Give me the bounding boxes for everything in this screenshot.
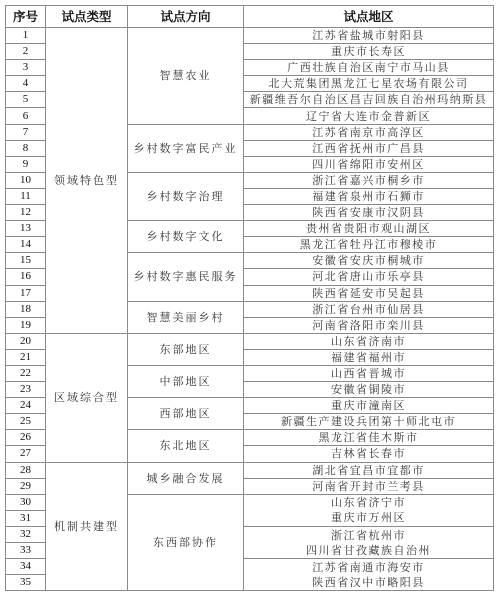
pilot-direction-cell: 西部地区 bbox=[128, 398, 244, 430]
pilot-direction-cell: 东北地区 bbox=[128, 430, 244, 462]
pilot-region-cell: 山东省济南市 bbox=[244, 333, 494, 349]
pilot-region-line: 陕西省汉中市略阳县 bbox=[244, 575, 493, 590]
pilot-region-cell: 新疆维吾尔自治区昌吉回族自治州玛纳斯县 bbox=[244, 92, 494, 108]
pilot-region-cell-merged: 江苏省南通市海安市 陕西省汉中市略阳县 bbox=[244, 559, 494, 591]
pilot-region-line: 山东省济宁市 bbox=[244, 495, 493, 510]
pilot-region-cell: 湖北省宜昌市宜都市 bbox=[244, 462, 494, 478]
pilot-region-line: 重庆市万州区 bbox=[244, 510, 493, 525]
row-number: 13 bbox=[6, 221, 46, 237]
pilot-region-cell: 安徽省安庆市桐城市 bbox=[244, 253, 494, 269]
pilot-region-cell: 江苏省南京市高淳区 bbox=[244, 124, 494, 140]
pilot-region-line: 浙江省杭州市 bbox=[244, 528, 493, 543]
row-number: 8 bbox=[6, 140, 46, 156]
pilot-region-cell: 福建省福州市 bbox=[244, 349, 494, 365]
pilot-region-cell: 安徽省铜陵市 bbox=[244, 382, 494, 398]
table-row: 28 机制共建型 城乡融合发展 湖北省宜昌市宜都市 bbox=[6, 462, 494, 478]
pilot-direction-cell: 乡村数字文化 bbox=[128, 221, 244, 253]
header-pilot-type: 试点类型 bbox=[46, 6, 128, 28]
pilot-direction-cell: 东西部协作 bbox=[128, 494, 244, 591]
row-number: 6 bbox=[6, 108, 46, 124]
header-pilot-direction: 试点方向 bbox=[128, 6, 244, 28]
row-number: 30 bbox=[6, 494, 46, 510]
pilot-region-line: 江苏省南通市海安市 bbox=[244, 560, 493, 575]
row-number: 16 bbox=[6, 269, 46, 285]
pilot-type-cell: 区域综合型 bbox=[46, 333, 128, 462]
pilot-region-cell: 四川省绵阳市安州区 bbox=[244, 156, 494, 172]
pilot-region-cell: 江西省抚州市广昌县 bbox=[244, 140, 494, 156]
table-row: 20 区域综合型 东部地区 山东省济南市 bbox=[6, 333, 494, 349]
pilot-region-cell: 河南省开封市兰考县 bbox=[244, 478, 494, 494]
pilot-region-cell: 江苏省盐城市射阳县 bbox=[244, 28, 494, 44]
pilot-region-cell: 新疆生产建设兵团第十师北屯市 bbox=[244, 414, 494, 430]
row-number: 4 bbox=[6, 76, 46, 92]
row-number: 11 bbox=[6, 188, 46, 204]
row-number: 5 bbox=[6, 92, 46, 108]
pilot-region-cell: 河南省洛阳市栾川县 bbox=[244, 317, 494, 333]
row-number: 3 bbox=[6, 60, 46, 76]
row-number: 33 bbox=[6, 543, 46, 559]
pilot-region-line: 四川省甘孜藏族自治州 bbox=[244, 543, 493, 558]
row-number: 9 bbox=[6, 156, 46, 172]
row-number: 15 bbox=[6, 253, 46, 269]
row-number: 18 bbox=[6, 301, 46, 317]
row-number: 23 bbox=[6, 382, 46, 398]
row-number: 2 bbox=[6, 44, 46, 60]
pilot-region-cell: 浙江省台州市仙居县 bbox=[244, 301, 494, 317]
pilot-region-cell: 山西省晋城市 bbox=[244, 365, 494, 381]
header-serial-number: 序号 bbox=[6, 6, 46, 28]
row-number: 19 bbox=[6, 317, 46, 333]
pilot-regions-table: 序号 试点类型 试点方向 试点地区 1 领域特色型 智慧农业 江苏省盐城市射阳县… bbox=[5, 5, 494, 591]
pilot-type-cell: 机制共建型 bbox=[46, 462, 128, 591]
row-number: 26 bbox=[6, 430, 46, 446]
pilot-region-cell: 浙江省嘉兴市桐乡市 bbox=[244, 172, 494, 188]
row-number: 31 bbox=[6, 510, 46, 526]
pilot-direction-cell: 东部地区 bbox=[128, 333, 244, 365]
row-number: 1 bbox=[6, 28, 46, 44]
pilot-type-cell: 领域特色型 bbox=[46, 28, 128, 334]
pilot-region-cell: 重庆市潼南区 bbox=[244, 398, 494, 414]
row-number: 17 bbox=[6, 285, 46, 301]
row-number: 7 bbox=[6, 124, 46, 140]
row-number: 27 bbox=[6, 446, 46, 462]
row-number: 32 bbox=[6, 526, 46, 542]
row-number: 34 bbox=[6, 559, 46, 575]
pilot-direction-cell: 乡村数字富民产业 bbox=[128, 124, 244, 172]
pilot-region-cell: 河北省唐山市乐亭县 bbox=[244, 269, 494, 285]
row-number: 29 bbox=[6, 478, 46, 494]
pilot-region-cell: 陕西省安康市汉阴县 bbox=[244, 205, 494, 221]
pilot-region-cell: 贵州省贵阳市观山湖区 bbox=[244, 221, 494, 237]
pilot-region-cell: 重庆市长寿区 bbox=[244, 44, 494, 60]
row-number: 25 bbox=[6, 414, 46, 430]
table-header-row: 序号 试点类型 试点方向 试点地区 bbox=[6, 6, 494, 28]
row-number: 20 bbox=[6, 333, 46, 349]
pilot-region-cell: 黑龙江省牡丹江市穆棱市 bbox=[244, 237, 494, 253]
pilot-direction-cell: 城乡融合发展 bbox=[128, 462, 244, 494]
row-number: 28 bbox=[6, 462, 46, 478]
row-number: 21 bbox=[6, 349, 46, 365]
row-number: 35 bbox=[6, 575, 46, 591]
table-row: 1 领域特色型 智慧农业 江苏省盐城市射阳县 bbox=[6, 28, 494, 44]
pilot-direction-cell: 乡村数字治理 bbox=[128, 172, 244, 220]
pilot-region-cell: 吉林省长春市 bbox=[244, 446, 494, 462]
pilot-direction-cell: 智慧农业 bbox=[128, 28, 244, 125]
pilot-direction-cell: 中部地区 bbox=[128, 365, 244, 397]
pilot-region-cell-merged: 浙江省杭州市 四川省甘孜藏族自治州 bbox=[244, 526, 494, 558]
pilot-region-cell: 福建省泉州市石狮市 bbox=[244, 188, 494, 204]
pilot-direction-cell: 乡村数字惠民服务 bbox=[128, 253, 244, 301]
header-pilot-region: 试点地区 bbox=[244, 6, 494, 28]
row-number: 24 bbox=[6, 398, 46, 414]
pilot-region-cell: 广西壮族自治区南宁市马山县 bbox=[244, 60, 494, 76]
pilot-direction-cell: 智慧美丽乡村 bbox=[128, 301, 244, 333]
row-number: 22 bbox=[6, 365, 46, 381]
pilot-region-cell-merged: 山东省济宁市 重庆市万州区 bbox=[244, 494, 494, 526]
pilot-region-cell: 北大荒集团黑龙江七星农场有限公司 bbox=[244, 76, 494, 92]
pilot-region-cell: 辽宁省大连市金普新区 bbox=[244, 108, 494, 124]
pilot-region-cell: 黑龙江省佳木斯市 bbox=[244, 430, 494, 446]
pilot-region-cell: 陕西省延安市吴起县 bbox=[244, 285, 494, 301]
row-number: 12 bbox=[6, 205, 46, 221]
row-number: 10 bbox=[6, 172, 46, 188]
row-number: 14 bbox=[6, 237, 46, 253]
